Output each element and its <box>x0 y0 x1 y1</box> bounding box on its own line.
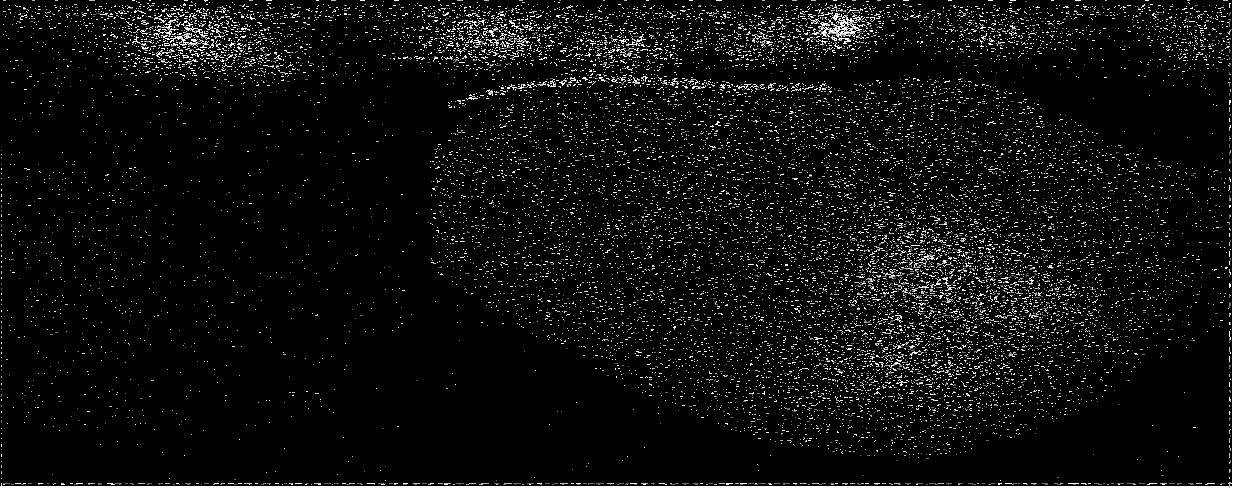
figure-frame <box>0 0 1239 493</box>
ultrasound-image <box>0 0 1239 493</box>
